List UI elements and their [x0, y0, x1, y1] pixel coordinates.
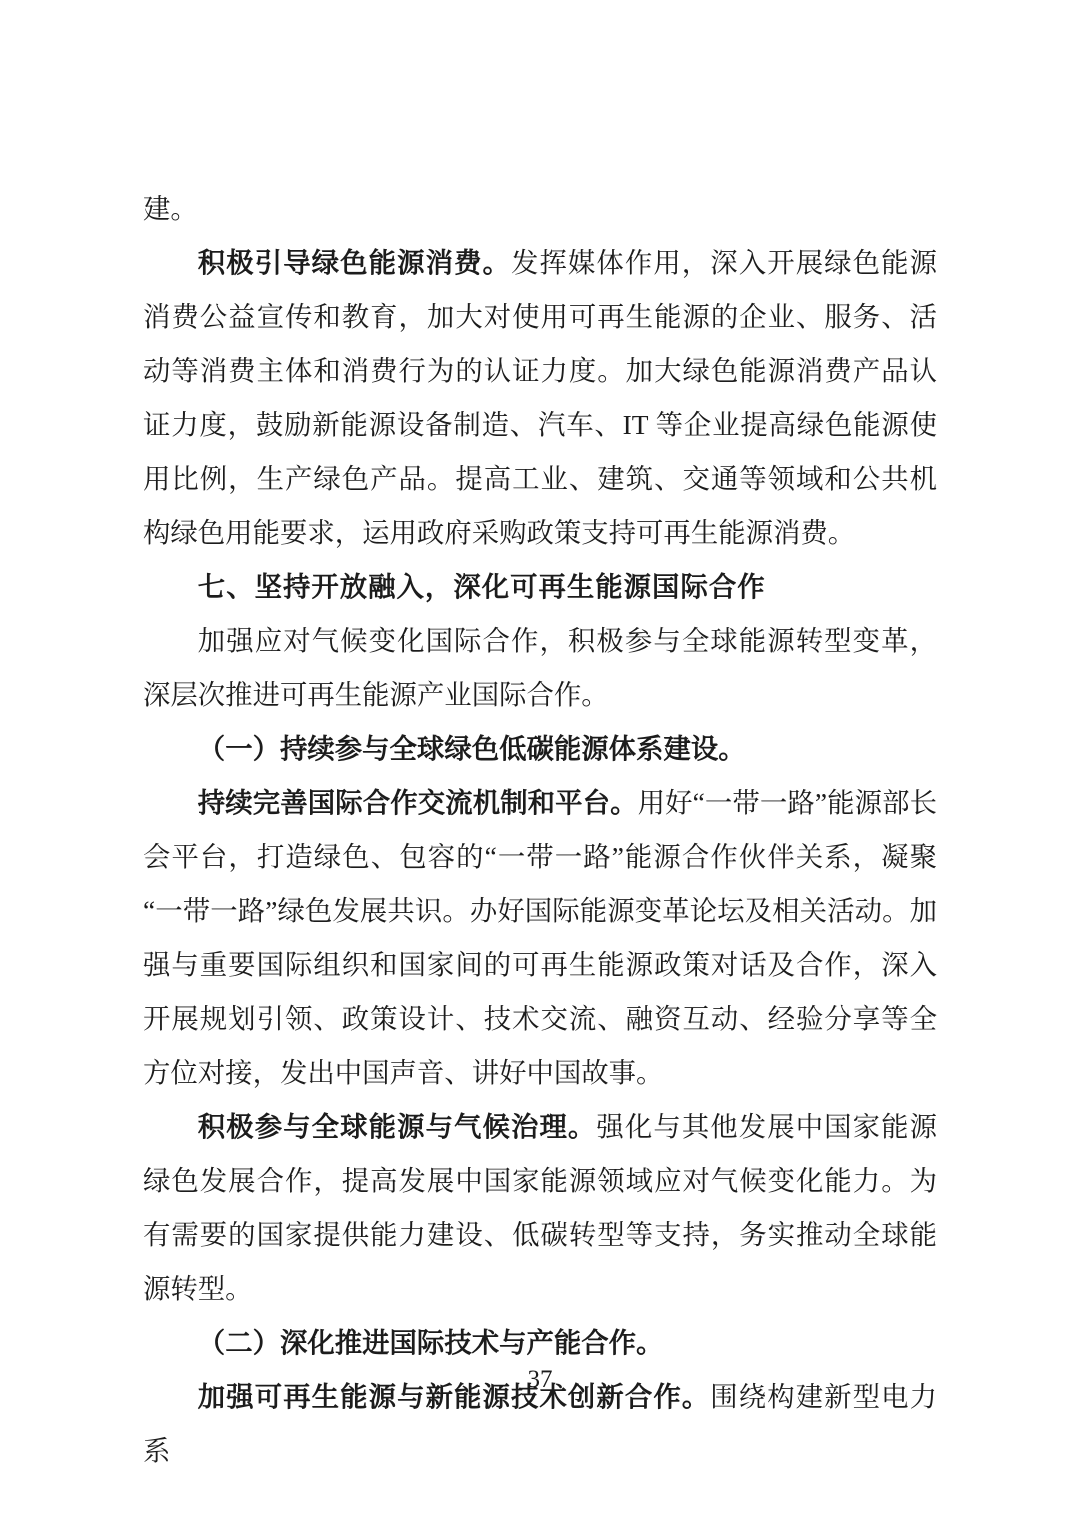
page-number: 37 [528, 1366, 553, 1393]
paragraph-lead: 积极参与全球能源与气候治理。 [198, 1112, 597, 1142]
page-footer: 37 [0, 1360, 1080, 1400]
subsection-heading-1: （一）持续参与全球绿色低碳能源体系建设。 [143, 722, 937, 776]
page-content: 建。 积极引导绿色能源消费。发挥媒体作用，深入开展绿色能源消费公益宣传和教育，加… [143, 182, 937, 1478]
paragraph-continuation: 建。 [143, 182, 937, 236]
paragraph-lead: 持续完善国际合作交流机制和平台。 [198, 788, 638, 818]
document-page: 建。 积极引导绿色能源消费。发挥媒体作用，深入开展绿色能源消费公益宣传和教育，加… [0, 0, 1080, 1527]
section-heading-7: 七、坚持开放融入，深化可再生能源国际合作 [143, 560, 937, 614]
paragraph-body: 用好“一带一路”能源部长会平台，打造绿色、包容的“一带一路”能源合作伙伴关系，凝… [143, 788, 937, 1088]
paragraph-climate-governance: 积极参与全球能源与气候治理。强化与其他发展中国家能源绿色发展合作，提高发展中国家… [143, 1100, 937, 1316]
paragraph-lead: 积极引导绿色能源消费。 [198, 248, 511, 278]
paragraph-international-platform: 持续完善国际合作交流机制和平台。用好“一带一路”能源部长会平台，打造绿色、包容的… [143, 776, 937, 1100]
paragraph-green-energy-consumption: 积极引导绿色能源消费。发挥媒体作用，深入开展绿色能源消费公益宣传和教育，加大对使… [143, 236, 937, 560]
paragraph-body: 发挥媒体作用，深入开展绿色能源消费公益宣传和教育，加大对使用可再生能源的企业、服… [143, 248, 937, 548]
paragraph-section-intro: 加强应对气候变化国际合作，积极参与全球能源转型变革，深层次推进可再生能源产业国际… [143, 614, 937, 722]
